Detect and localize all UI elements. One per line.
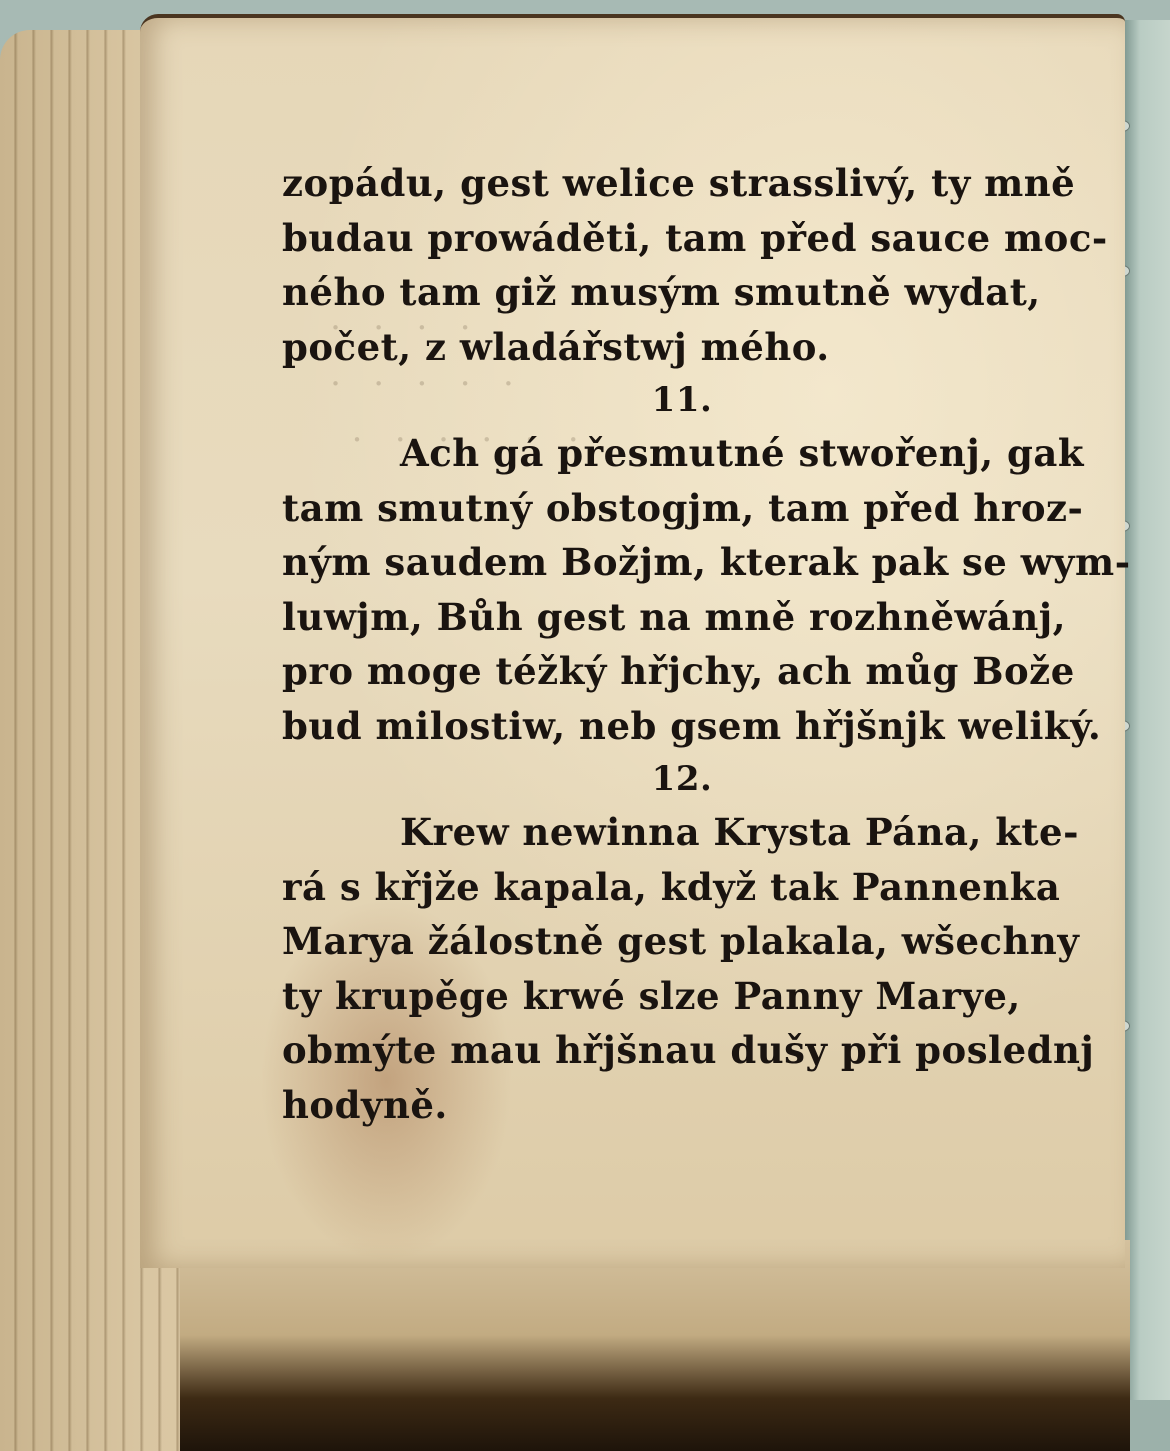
text-line: bud milostiw, neb gsem hřjšnjk weliký. (282, 699, 1082, 754)
text-line: ného tam giž musým smutně wydat, (282, 265, 1082, 320)
text-line: tam smutný obstogjm, tam před hroz- (282, 481, 1082, 536)
text-line: hodyně. (282, 1078, 1082, 1133)
text-line: počet, z wladářstwj mého. (282, 320, 1082, 375)
text-line: zopádu, gest welice strasslivý, ty mně (282, 156, 1082, 211)
text-line: Krew newinna Krysta Pána, kte- (282, 805, 1082, 860)
verse-number: 12. (282, 753, 1082, 805)
text-line: Ach gá přesmutné stwořenj, gak (282, 426, 1082, 481)
text-line: budau prowáděti, tam před sauce moc- (282, 211, 1082, 266)
verse-number: 11. (282, 374, 1082, 426)
page-bottom-edge (180, 1240, 1130, 1451)
text-line: pro moge téžký hřjchy, ach můg Bože (282, 644, 1082, 699)
text-line: luwjm, Bůh gest na mně rozhněwánj, (282, 590, 1082, 645)
text-line: rá s křjže kapala, když tak Pannenka (282, 860, 1082, 915)
text-line: ným saudem Božjm, kterak pak se wym- (282, 535, 1082, 590)
text-line: Marya žálostně gest plakala, wšechny (282, 914, 1082, 969)
text-line: ty krupěge krwé slze Panny Marye, (282, 969, 1082, 1024)
page-text: zopádu, gest welice strasslivý, ty mně b… (282, 156, 1082, 1132)
text-line: obmýte mau hřjšnau dušy při poslednj (282, 1023, 1082, 1078)
